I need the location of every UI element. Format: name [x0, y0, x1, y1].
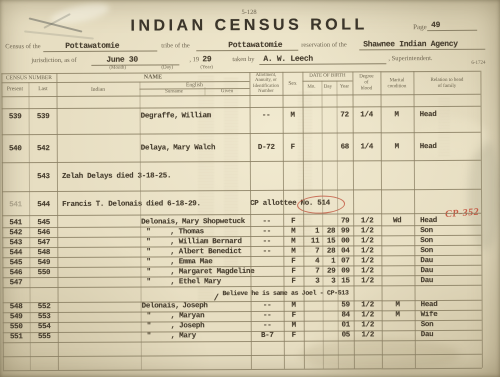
cell-present: 548: [3, 303, 30, 312]
grid-line: [3, 354, 482, 358]
cell-year: 59: [338, 301, 354, 310]
header-surname: Surname: [143, 89, 204, 94]
cell-given: , Mary: [171, 332, 196, 340]
cell-relation: Wife: [421, 311, 481, 320]
reservation-value: Pottawatomie: [228, 41, 282, 50]
cell-sex: M: [283, 112, 303, 121]
cell-allotment: --: [250, 112, 283, 121]
cell-degree: 1/4: [354, 143, 380, 152]
death-note: Francis T. Delonais died 6-18-29.: [62, 200, 201, 210]
day-label: (Day): [161, 65, 173, 71]
cell-sex: F: [284, 332, 304, 341]
cell-given: , Maryan: [171, 312, 205, 320]
census-roll-scan: 5-128 INDIAN CENSUS ROLL Page 49 Census …: [0, 0, 500, 377]
cell-present: 540: [2, 145, 29, 154]
header-date-of-birth: DATE OF BIRTH: [302, 73, 352, 78]
ditto-mark: ": [142, 322, 168, 331]
cell-allotment: --: [251, 312, 284, 321]
cell-degree: 1/2: [355, 331, 381, 340]
cell-present: 541: [2, 201, 29, 210]
census-line-label: reservation of the: [301, 41, 347, 49]
page-number-line: [427, 29, 477, 31]
header-last: Last: [29, 86, 56, 92]
header-indian: Indian: [56, 87, 139, 93]
header-allotment: Allotment, Annuity, or Identification Nu…: [249, 73, 282, 94]
header-degree: Degree of blood: [352, 74, 380, 92]
cell-marital: M: [381, 143, 413, 152]
form-code: 6-1724: [471, 61, 485, 67]
cell-year: 84: [338, 311, 354, 320]
cell-given: Joseph: [182, 302, 207, 310]
cell-relation: Son: [421, 321, 481, 330]
cell-given: , Emma Mae: [170, 258, 212, 266]
tribe-value: Pottawatomie: [65, 42, 119, 51]
cell-present: 539: [2, 113, 29, 122]
cell-relation: Head: [420, 111, 480, 120]
cell-last: 553: [31, 313, 58, 322]
page-label: Page: [413, 23, 427, 31]
cell-last: 539: [30, 113, 57, 122]
grid-line: [2, 213, 481, 217]
cell-degree: 1/2: [355, 301, 381, 310]
superintendent-value: A. W. Leech: [263, 55, 313, 64]
cell-relation: Dau: [421, 331, 481, 340]
cell-sex: F: [283, 144, 303, 153]
cell-year: 68: [337, 143, 353, 152]
header-census-number: CENSUS NUMBER: [1, 75, 56, 81]
cell-given: Mary Walch: [173, 144, 215, 152]
cell-marital: M: [382, 311, 414, 320]
header-marital: Marital condition: [380, 78, 413, 90]
cell-given: , Ethel Mary: [170, 278, 220, 286]
grid-line: [204, 87, 205, 95]
grid-line: [2, 106, 481, 110]
census-date-value: June 30: [106, 56, 138, 65]
cell-marital: M: [381, 111, 413, 120]
cell-name: Delaya,Mary Walch: [141, 144, 261, 154]
grid-line: [2, 132, 481, 136]
cell-sex: F: [284, 312, 304, 321]
cell-present: 549: [3, 313, 30, 322]
grid-line: [2, 160, 481, 164]
cell-last: 542: [30, 145, 57, 154]
ditto-mark: ": [142, 332, 168, 341]
cell-allotment: --: [251, 302, 284, 311]
cell-year: 05: [338, 331, 354, 340]
cell-given: , Joseph: [171, 322, 205, 330]
grid-line: [2, 189, 481, 193]
ditto-mark: ": [142, 312, 168, 321]
cell-given: William: [181, 112, 210, 120]
cell-last: 554: [31, 323, 58, 332]
cell-allotment: B-7: [251, 332, 284, 341]
grid-line: [3, 368, 482, 372]
year-label: (Year): [200, 65, 213, 71]
cell-relation: Head: [421, 301, 481, 310]
death-note: Zelah Delays died 3-18-25.: [62, 172, 171, 182]
superintendent-label: , Superintendent.: [388, 55, 432, 63]
cell-sex: M: [284, 322, 304, 331]
cell-sex: M: [284, 302, 304, 311]
census-line-label: tribe of the: [161, 42, 190, 50]
cell-name: Degraffe,William: [141, 112, 261, 122]
cell-allotment: --: [251, 322, 284, 331]
year-typed: 29: [202, 55, 211, 64]
census-line-label: Census of the: [5, 43, 40, 51]
cell-surname: Degraffe,: [141, 112, 179, 121]
cell-degree: 1/2: [355, 311, 381, 320]
year-printed: , 19: [189, 56, 199, 64]
header-present: Present: [1, 86, 28, 92]
jurisdiction-label: jurisdiction, as of: [31, 57, 76, 65]
cell-last: 543: [30, 173, 57, 182]
grid-line: [2, 94, 481, 98]
header-given: Given: [204, 89, 249, 94]
header-mo: Mo.: [302, 85, 320, 90]
agency-value: Shawnee Indian Agency: [363, 40, 458, 49]
grid-line: [302, 80, 352, 81]
cell-surname: Delonais,: [142, 302, 180, 311]
cell-relation: Head: [420, 143, 480, 152]
cell-last: 544: [30, 201, 57, 210]
month-label: (Month): [109, 66, 126, 72]
cell-degree: 1/4: [354, 111, 380, 120]
cell-last: 552: [31, 303, 58, 312]
believe-note: Believe he is same as Joel - CP-513: [223, 288, 349, 298]
cell-present: 550: [3, 323, 30, 332]
cell-degree: 1/2: [355, 321, 381, 330]
cell-given: , Thomas: [170, 228, 204, 236]
cell-surname: Delaya,: [141, 144, 170, 153]
cell-allotment: D-72: [250, 144, 283, 153]
cell-year: 01: [338, 321, 354, 330]
header-day: Day: [320, 85, 335, 90]
header-relation: Relation to head of family: [413, 78, 480, 90]
header-year: Year: [336, 84, 352, 89]
cell-last: 555: [31, 333, 58, 342]
header-sex: Sex: [282, 81, 302, 87]
header-name: NAME: [56, 74, 249, 81]
cell-present: 551: [3, 333, 30, 342]
taken-by-label: taken by: [232, 56, 254, 64]
cell-year: 72: [337, 111, 353, 120]
cell-marital: M: [382, 301, 414, 310]
